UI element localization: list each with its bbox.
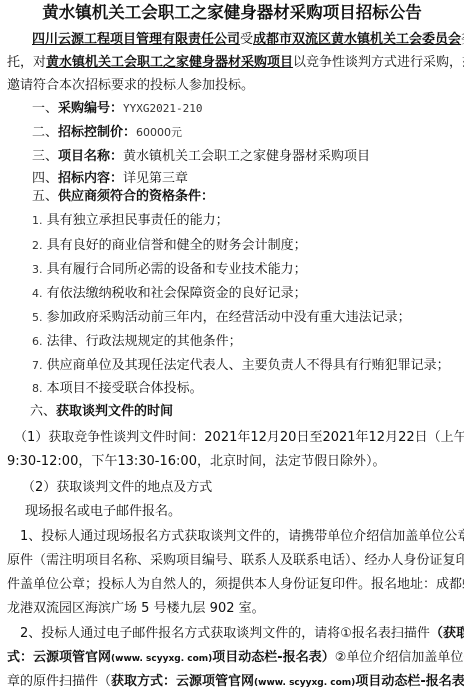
item-number: 5. <box>32 311 43 324</box>
qualification-item: 6. 法律、行政法规规定的其他条件； <box>32 333 242 351</box>
section-number: 五、 <box>32 189 58 204</box>
qualification-item: 5. 参加政府采购活动前三年内，在经营活动中没有重大违法记录； <box>32 309 411 327</box>
qualification-item: 3. 具有履行合同所必需的设备和专业技术能力； <box>32 261 307 279</box>
item-text: 具有独立承担民事责任的能力； <box>47 213 229 228</box>
item-text: 有依法缴纳税收和社会保障资金的良好记录； <box>47 286 307 301</box>
website-url: (www. scyyxg. com) <box>111 654 212 664</box>
qualification-item: 8. 本项目不接受联合体投标。 <box>32 380 203 398</box>
section-bid-content: 四、招标内容：详见第三章 <box>32 170 188 188</box>
onsite-line-4: 龙港双流园区海滨广场 5 号楼九层 902 室。 <box>7 600 265 618</box>
item-number: 2. <box>32 239 43 252</box>
section-number: 四、 <box>32 171 58 186</box>
section-number: 三、 <box>32 149 58 164</box>
acquisition-place-heading: （2）获取谈判文件的地点及方式 <box>22 479 212 497</box>
intro-line-2: 托，对黄水镇机关工会职工之家健身器材采购项目以竞争性谈判方式进行采购，兹 <box>7 54 464 72</box>
email-text-bold: （获取方 <box>430 626 464 641</box>
intro-line-1: 四川云源工程项目管理有限责任公司受成都市双流区黄水镇机关工会委员会委 <box>32 31 464 49</box>
item-text: 法律、行政法规规定的其他条件； <box>47 334 242 349</box>
section-acquisition-time: 六、获取谈判文件的时间 <box>30 403 173 421</box>
section-project-name: 三、项目名称：黄水镇机关工会职工之家健身器材采购项目 <box>32 148 370 166</box>
email-text: 章的原件扫描件（ <box>7 674 111 689</box>
section-label: 采购编号： <box>58 101 123 116</box>
email-text: 2、投标人通过电子邮件报名方式获取谈判文件的，请将①报名表扫描件 <box>20 626 430 641</box>
email-text-bold: 项目动态栏-报名表， <box>355 674 464 689</box>
qualification-item: 1. 具有独立承担民事责任的能力； <box>32 212 229 230</box>
qualification-item: 4. 有依法缴纳税收和社会保障资金的良好记录； <box>32 285 307 303</box>
section-qualifications: 五、供应商须符合的资格条件： <box>32 188 214 206</box>
project-name: 黄水镇机关工会职工之家健身器材采购项目 <box>46 55 293 70</box>
intro-line-3: 邀请符合本次招标要求的投标人参加投标。 <box>7 77 254 95</box>
client-name: 成都市双流区黄水镇机关工会委员会 <box>253 32 461 47</box>
section-label: 招标控制价： <box>58 125 136 140</box>
acquisition-time-line-1: （1）获取竞争性谈判文件时间：2021年12月20日至2021年12月22日（上… <box>14 429 464 447</box>
intro-text: 托，对 <box>7 55 46 70</box>
onsite-line-1: 1、投标人通过现场报名方式获取谈判文件的，请携带单位介绍信加盖单位公章的 <box>20 528 464 546</box>
item-number: 6. <box>32 335 43 348</box>
onsite-line-3: 件盖单位公章；投标人为自然人的，须提供本人身份证复印件。报名地址：成都蛟 <box>7 576 464 594</box>
item-text: 本项目不接受联合体投标。 <box>47 381 203 396</box>
acquisition-method: 现场报名或电子邮件报名。 <box>25 503 181 521</box>
section-label: 获取谈判文件的时间 <box>56 404 173 419</box>
item-number: 1. <box>32 214 43 227</box>
section-value: YYXG2021-210 <box>123 102 202 115</box>
qualification-item: 7. 供应商单位及其现任法定代表人、主要负责人不得具有行贿犯罪记录； <box>32 357 450 375</box>
section-label: 供应商须符合的资格条件： <box>58 189 214 204</box>
section-number: 二、 <box>32 125 58 140</box>
onsite-line-2: 原件（需注明项目名称、采购项目编号、联系人及联系电话）、经办人身份证复印 <box>7 552 464 570</box>
intro-text: 受 <box>240 32 253 47</box>
item-text: 具有良好的商业信誉和健全的财务会计制度； <box>47 238 307 253</box>
email-text-bold: 项目动态栏-报名表） <box>212 650 334 665</box>
email-line-2: 式：云源项管官网(www. scyyxg. com)项目动态栏-报名表）②单位介… <box>7 649 464 668</box>
email-line-3: 章的原件扫描件（获取方式：云源项管官网(www. scyyxg. com)项目动… <box>7 673 464 692</box>
item-text: 具有履行合同所必需的设备和专业技术能力； <box>47 262 307 277</box>
section-label: 项目名称： <box>58 149 123 164</box>
section-value: 详见第三章 <box>123 171 188 186</box>
acquisition-time-line-2: 9:30-12:00，下午13:30-16:00，北京时间，法定节假日除外）。 <box>7 453 385 471</box>
item-text: 供应商单位及其现任法定代表人、主要负责人不得具有行贿犯罪记录； <box>47 358 450 373</box>
item-number: 3. <box>32 263 43 276</box>
email-text: ②单位介绍信加盖单位公 <box>335 650 464 665</box>
email-line-1: 2、投标人通过电子邮件报名方式获取谈判文件的，请将①报名表扫描件（获取方 <box>20 625 464 643</box>
section-number: 一、 <box>32 101 58 116</box>
qualification-item: 2. 具有良好的商业信誉和健全的财务会计制度； <box>32 237 307 255</box>
item-number: 7. <box>32 359 43 372</box>
section-label: 招标内容： <box>58 171 123 186</box>
item-number: 4. <box>32 287 43 300</box>
intro-text: 以竞争性谈判方式进行采购，兹 <box>293 55 464 70</box>
section-number: 六、 <box>30 404 56 419</box>
item-number: 8. <box>32 382 43 395</box>
email-text-bold: 获取方式：云源项管官网 <box>111 674 254 689</box>
page-title: 黄水镇机关工会职工之家健身器材采购项目招标公告 <box>0 2 464 24</box>
agency-name: 四川云源工程项目管理有限责任公司 <box>32 32 240 47</box>
section-value: 60000元 <box>136 126 182 139</box>
email-text-bold: 式：云源项管官网 <box>7 650 111 665</box>
item-text: 参加政府采购活动前三年内，在经营活动中没有重大违法记录； <box>47 310 411 325</box>
website-url: (www. scyyxg. com) <box>254 678 355 688</box>
section-control-price: 二、招标控制价：60000元 <box>32 124 182 142</box>
section-value: 黄水镇机关工会职工之家健身器材采购项目 <box>123 149 370 164</box>
section-procurement-number: 一、采购编号：YYXG2021-210 <box>32 100 203 118</box>
